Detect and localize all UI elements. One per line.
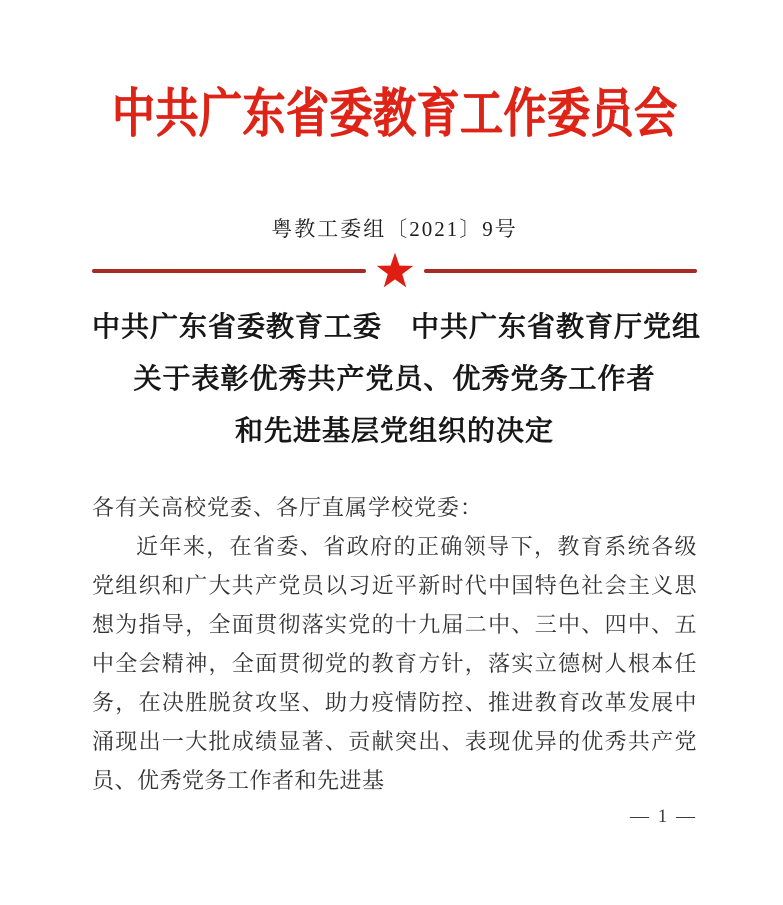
red-divider — [92, 250, 697, 292]
document-title: 中共广东省委教育工委 中共广东省教育厅党组 关于表彰优秀共产党员、优秀党务工作者… — [92, 302, 697, 458]
body-paragraph: 近年来，在省委、省政府的正确领导下，教育系统各级党组织和广大共产党员以习近平新时… — [92, 527, 697, 800]
document-page: 中共广东省委教育工作委员会 粤教工委组〔2021〕9号 中共广东省委教育工委 中… — [0, 0, 783, 905]
divider-line-left — [92, 269, 366, 273]
document-body: 各有关高校党委、各厅直属学校党委： 近年来，在省委、省政府的正确领导下，教育系统… — [92, 488, 697, 800]
title-line-2: 关于表彰优秀共产党员、优秀党务工作者 — [92, 354, 697, 406]
letterhead-org-name: 中共广东省委教育工作委员会 — [92, 77, 697, 153]
salutation: 各有关高校党委、各厅直属学校党委： — [92, 488, 697, 527]
red-star-icon — [375, 251, 415, 291]
document-number: 粤教工委组〔2021〕9号 — [92, 214, 697, 244]
page-number: — 1 — — [630, 804, 697, 830]
title-line-1: 中共广东省委教育工委 中共广东省教育厅党组 — [92, 302, 697, 354]
divider-line-right — [424, 269, 698, 273]
title-line-3: 和先进基层党组织的决定 — [92, 406, 697, 458]
